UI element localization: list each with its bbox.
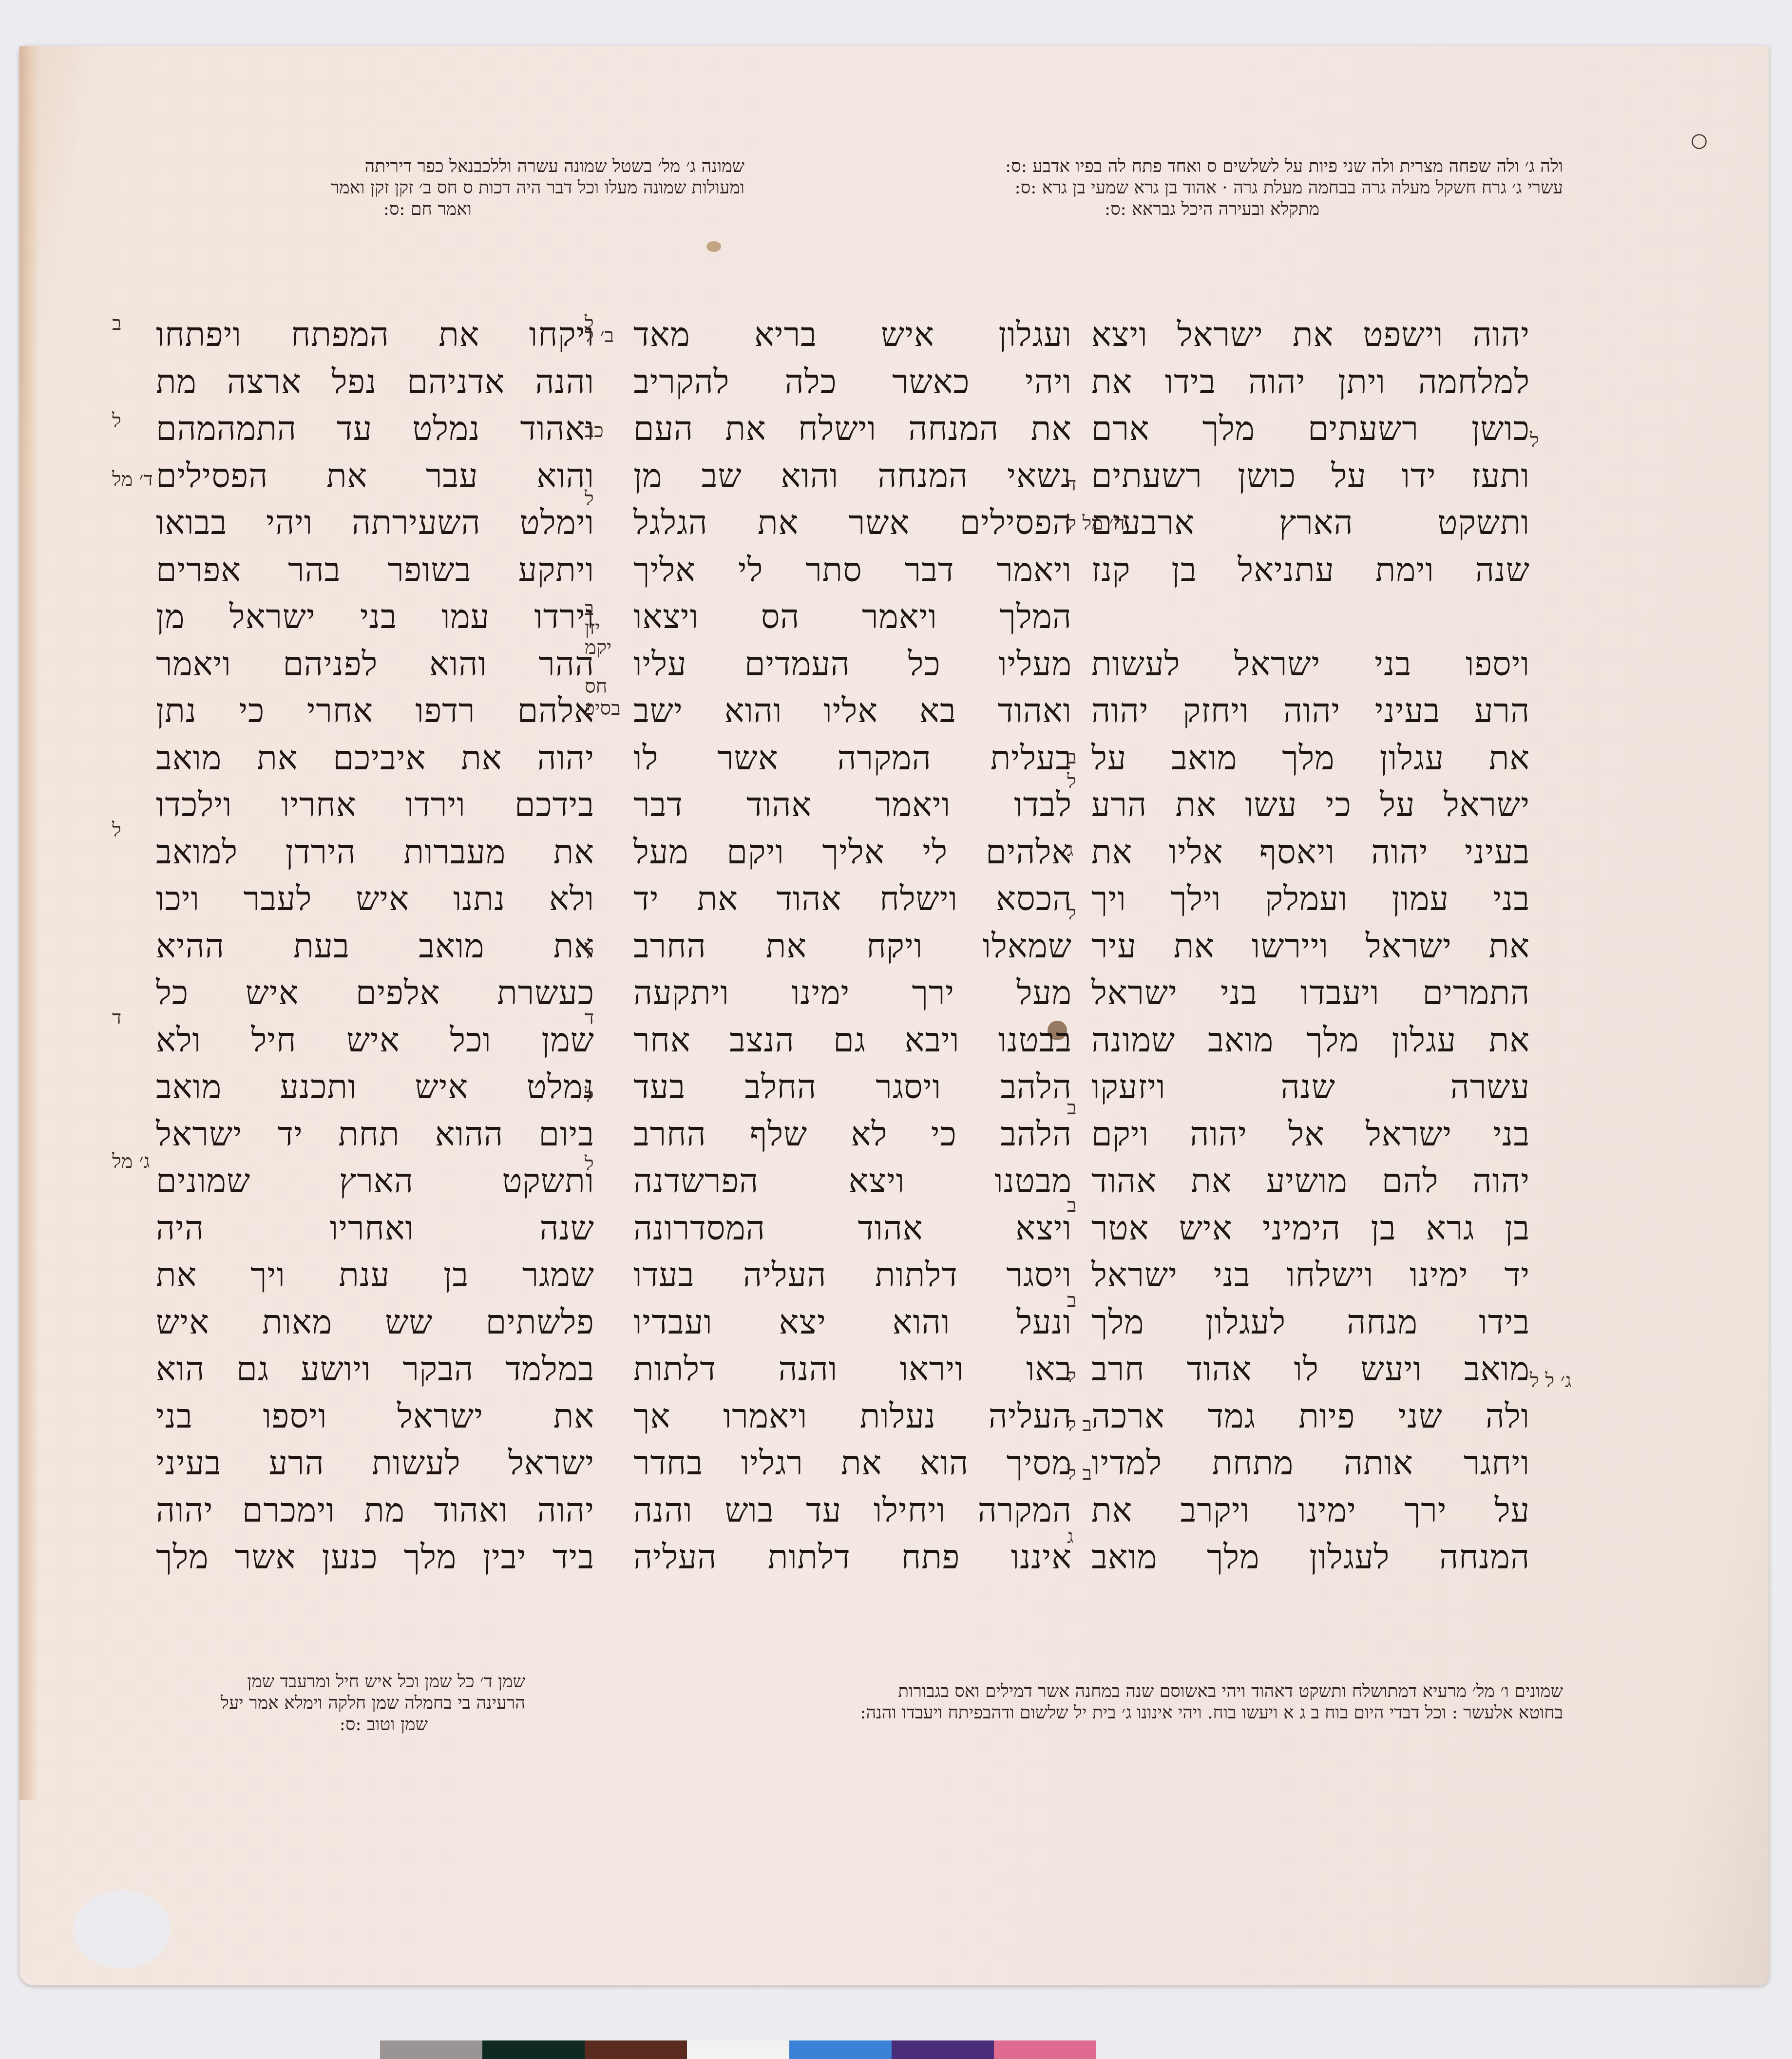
text-line: יהוה את איביכם את מואב (156, 735, 594, 782)
stain (706, 241, 721, 252)
text-line: איננו פתח דלתות העליה (633, 1534, 1072, 1582)
text-line: המלך ויאמר הס ויצאו (633, 594, 1072, 641)
text-line: בידכם וירדו אחריו וילכדו (156, 782, 594, 829)
text-line: את המנחה וישלח את העם (633, 406, 1072, 453)
text-line: מעליו כל העמדים עליו (633, 641, 1072, 688)
masora-line: ואמר חם :ס: (331, 199, 472, 220)
margin-note: ב ל (1067, 1462, 1092, 1485)
text-line: ההר והוא לפניהם ויאמר (156, 641, 594, 688)
text-line: וירדו עמו בני ישראל מן (156, 594, 594, 641)
text-line: את מעברות הירדן למואב (156, 829, 594, 877)
margin-note: ג׳ מל (112, 1150, 150, 1173)
text-line: אלהם רדפו אחרי כי נתן (156, 688, 594, 735)
text-line: וימלט השעירתה ויהי בבואו (156, 500, 594, 547)
text-line: נשאי המנחה והוא שב מן (633, 453, 1072, 500)
text-line: והנה אדניהם נפל ארצה מת (156, 359, 594, 406)
text-column-middle: ועגלון איש בריא מאד ויהי כאשר כלה להקריב… (633, 312, 1072, 1582)
margin-note: ג (1067, 838, 1073, 861)
margin-note: ב (1067, 1289, 1076, 1312)
text-line: את ישראל ויספו בני (156, 1393, 594, 1441)
margin-note: ב (1067, 1096, 1076, 1119)
margin-note: ג (1067, 1525, 1073, 1548)
text-line: מעל ירך ימינו ויתקעה (633, 970, 1072, 1017)
leaf-tear (73, 1890, 171, 1968)
masora-line: שמן וטוב :ס: (221, 1714, 428, 1735)
text-line: הלהב כי לא שלף החרב (633, 1111, 1072, 1159)
text-line: בידו מנחה לעגלון מלך (1091, 1299, 1530, 1347)
text-line: במלמד הבקר ויושע גם הוא (156, 1346, 594, 1393)
margin-note: ב ל (1067, 1413, 1092, 1436)
text-line: המקרה ויחילו עד בוש והנה (633, 1487, 1072, 1535)
text-line: ותשקט הארץ ארבעים (1091, 500, 1530, 547)
masora-line: מתקלא ובעירה היכל גבראא :ס: (1005, 199, 1319, 220)
margin-note: ד (585, 1006, 594, 1029)
color-swatch (994, 2040, 1096, 2059)
text-line: מואב ויעש לו אהוד חרב (1091, 1346, 1530, 1393)
text-line: ונעל והוא יצא ועבדיו (633, 1299, 1072, 1347)
margin-note: ל (1067, 1364, 1076, 1387)
text-line: ויחגר אותה מתחת למדיו (1091, 1440, 1530, 1487)
masora-line: שמן ד׳ כל שמן וכל איש חיל ומרעבד שמן (221, 1671, 525, 1693)
text-line: ביום ההוא תחת יד ישראל (156, 1111, 594, 1159)
margin-note: ד (1067, 473, 1076, 496)
margin-note: ה׳ מל ל (1067, 512, 1125, 534)
text-line: התמרים ויעבדו בני ישראל (1091, 970, 1530, 1017)
text-line: בני ישראל אל יהוה ויקם (1091, 1111, 1530, 1159)
text-line: הפסילים אשר את הגלגל (633, 500, 1072, 547)
petuhah-gap (1091, 594, 1530, 641)
margin-note: ל (585, 487, 594, 510)
text-line: עשרה שנה ויזעקו (1091, 1064, 1530, 1111)
text-line: ותשקט הארץ שמונים (156, 1158, 594, 1205)
masora-line: בחוטא אלעשר : וכל דבדי היום בוח ב ג א וי… (860, 1702, 1563, 1724)
text-line: הרע בעיני יהוה ויחזק יהוה (1091, 688, 1530, 735)
text-line: ויסגר דלתות העליה בעדו (633, 1252, 1072, 1299)
text-line: שנה ואחריו היה (156, 1205, 594, 1253)
text-line: בעלית המקרה אשר לו (633, 735, 1072, 782)
text-line: שמאלו ויקח את החרב (633, 923, 1072, 971)
margin-note: בסיפ (585, 697, 620, 720)
margin-note: ל (112, 409, 121, 432)
masora-line: ולה ג׳ ולה שפחה מצרית ולה שני פיות על לש… (1005, 156, 1563, 177)
text-line: הלהב ויסגר החלב בעד (633, 1064, 1072, 1111)
text-line: ולה שני פיות גמד ארכה (1091, 1393, 1530, 1441)
margin-note: ל (112, 819, 121, 841)
masora-bottom-left: שמן ד׳ כל שמן וכל איש חיל ומרעבד שמן הרע… (221, 1671, 525, 1735)
text-line: ואהוד נמלט עד התמהמהם (156, 406, 594, 453)
margin-note: ל (1067, 901, 1076, 924)
color-swatch (687, 2040, 789, 2059)
text-line: כעשרת אלפים איש כל (156, 970, 594, 1017)
text-line: באו ויראו והנה דלתות (633, 1346, 1072, 1393)
text-line: ישראל לעשות הרע בעיני (156, 1440, 594, 1487)
text-line: למלחמה ויתן יהוה בידו את (1091, 359, 1530, 406)
text-line: ישראל על כי עשו את הרע (1091, 782, 1530, 829)
color-swatch (789, 2040, 892, 2059)
text-line: שנה וימת עתניאל בן קנז (1091, 547, 1530, 594)
folio-mark: ○ (1691, 129, 1708, 152)
text-line: מבטנו ויצא הפרשדנה (633, 1158, 1072, 1205)
margin-note: ל (1530, 429, 1539, 452)
color-swatch (380, 2040, 482, 2059)
masora-line: הרעינה בי בחמלה שמן חלקה וימלא אמר יעל (221, 1693, 525, 1714)
text-line: בן גרא בן הימיני איש אטר (1091, 1205, 1530, 1253)
text-line: הכסא וישלח אהוד את יד (633, 876, 1072, 923)
text-line: בעיני יהוה ויאסף אליו את (1091, 829, 1530, 877)
text-line: המנחה לעגלון מלך מואב (1091, 1534, 1530, 1582)
text-line: ויקחו את המפתח ויפתחו (156, 312, 594, 359)
text-line: שמגר בן ענת ויך את (156, 1252, 594, 1299)
text-line: ביד יבין מלך כנען אשר מלך (156, 1534, 594, 1582)
text-line: את מואב בעת ההיא (156, 923, 594, 971)
text-line: ולא נתנו איש לעבר ויכו (156, 876, 594, 923)
text-line: כושן רשעתים מלך ארם (1091, 406, 1530, 453)
text-line: מסיך הוא את רגליו בחדר (633, 1440, 1072, 1487)
margin-note: ב (1067, 745, 1076, 768)
text-line: ויתקע בשופר בהר אפרים (156, 547, 594, 594)
text-line: יהוה להם מושיע את אהוד (1091, 1158, 1530, 1205)
text-line: ותעז ידו על כושן רשעתים (1091, 453, 1530, 500)
masora-line: שמונה ג׳ מל׳ בשטל שמונה עשרה וללכבנאל כפ… (331, 156, 744, 177)
text-line: אלהים לי אליך ויקם מעל (633, 829, 1072, 877)
text-line: את עגלון מלך מואב שמונה (1091, 1017, 1530, 1065)
text-line: יהוה וישפט את ישראל ויצא (1091, 312, 1530, 359)
margin-note: ב (1067, 1194, 1076, 1217)
text-line: שמן וכל איש חיל ולא (156, 1017, 594, 1065)
color-swatch (482, 2040, 585, 2059)
text-line: יהוה ואהוד מת וימכרם יהוה (156, 1487, 594, 1535)
color-swatch (892, 2040, 994, 2059)
text-line: העליה נעלות ויאמרו אך (633, 1393, 1072, 1441)
color-swatch (585, 2040, 687, 2059)
text-line: ויאמר דבר סתר לי אליך (633, 547, 1072, 594)
masora-line: עשרי ג׳ גרח חשקל מעלה גרה בבחמה מעלת גרה… (1005, 177, 1563, 199)
text-line: בבטנו ויבא גם הנצב אחר (633, 1017, 1072, 1065)
masora-bottom-right: שמונים ו׳ מל׳ מרעיא דמתושלח ותשקט דאהוד … (860, 1681, 1563, 1724)
margin-note: ב׳ ל (585, 324, 614, 347)
color-calibration-bar (380, 2040, 1096, 2059)
margin-note: ג׳ ל ל (1530, 1369, 1571, 1392)
margin-note: ד (112, 1006, 121, 1029)
text-line: את עגלון מלך מואב על (1091, 735, 1530, 782)
text-line: לבדו ויאמר אהוד דבר (633, 782, 1072, 829)
text-line: ואהוד בא אליו והוא ישב (633, 688, 1072, 735)
text-column-left: ויקחו את המפתח ויפתחו והנה אדניהם נפל אר… (156, 312, 594, 1582)
margin-note: ל (585, 940, 594, 963)
margin-note: חס (585, 675, 607, 698)
masora-line: שמונים ו׳ מל׳ מרעיא דמתושלח ותשקט דאהוד … (860, 1681, 1563, 1702)
text-line: פלשתים שש מאות איש (156, 1299, 594, 1347)
masora-top-right: ולה ג׳ ולה שפחה מצרית ולה שני פיות על לש… (1005, 156, 1563, 220)
text-line: על ירך ימינו ויקרב את (1091, 1487, 1530, 1535)
text-line: והוא עבר את הפסילים (156, 453, 594, 500)
text-line: בני עמון ועמלק וילך ויך (1091, 876, 1530, 923)
masora-top-left: שמונה ג׳ מל׳ בשטל שמונה עשרה וללכבנאל כפ… (331, 156, 744, 220)
margin-note: יקמ (585, 636, 612, 659)
text-line: ויהי כאשר כלה להקריב (633, 359, 1072, 406)
text-line: ויספו בני ישראל לעשות (1091, 641, 1530, 688)
text-column-right: יהוה וישפט את ישראל ויצא למלחמה ויתן יהו… (1091, 312, 1530, 1582)
margin-note: כב (585, 419, 604, 442)
margin-note: ב (112, 312, 121, 335)
text-line: ויצא אהוד המסדרונה (633, 1205, 1072, 1253)
margin-note: ל (585, 1084, 594, 1107)
text-line: ועגלון איש בריא מאד (633, 312, 1072, 359)
margin-note: ל (1067, 770, 1076, 793)
text-line: את ישראל ויירשו את עיר (1091, 923, 1530, 971)
text-line: נמלט איש ותכנע מואב (156, 1064, 594, 1111)
margin-note: ל (585, 1152, 594, 1175)
text-line: יד ימינו וישלחו בני ישראל (1091, 1252, 1530, 1299)
leaf-stained-edge (19, 46, 39, 1800)
margin-note: ד׳ מל (112, 468, 153, 491)
masora-line: ומעולות שמונה מעלו וכל דבר היה דכות ס חס… (331, 177, 744, 199)
